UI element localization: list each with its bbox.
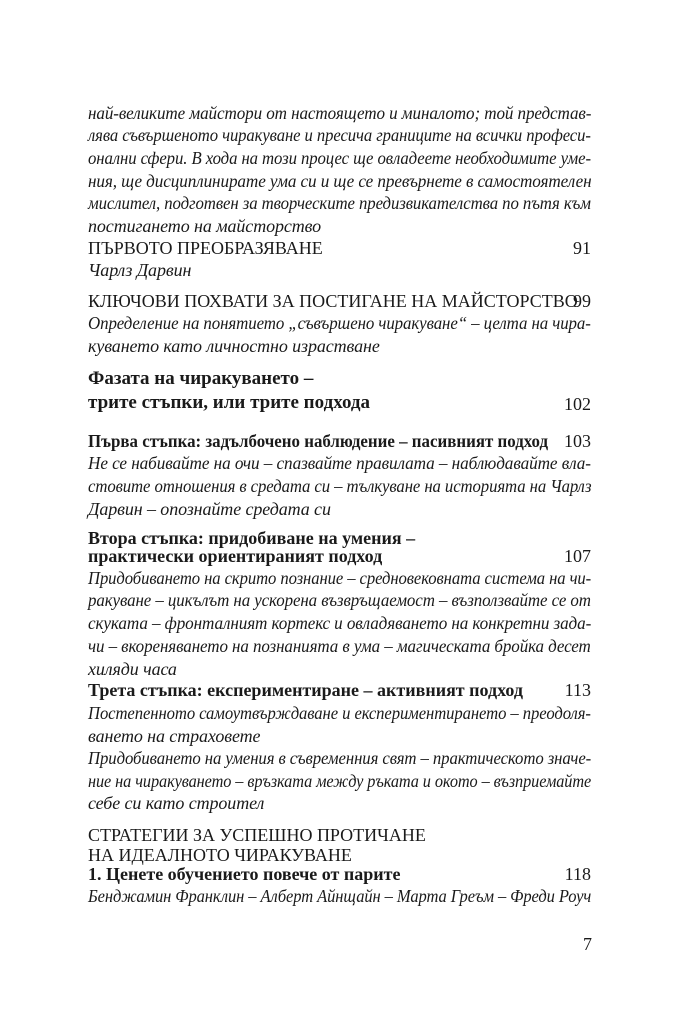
text-line: Придобиването на умения в съвременния св… <box>88 747 591 769</box>
toc-entry-title: КЛЮЧОВИ ПОХВАТИ ЗА ПОСТИГАНЕ НА МАЙСТОРС… <box>88 290 591 312</box>
toc-page-number: 113 <box>565 679 591 701</box>
text-line: най-великите майстори от настоящето и ми… <box>88 102 591 124</box>
toc-entry-title: трите стъпки, или трите подхода <box>88 392 591 414</box>
toc-page-number: 91 <box>573 237 591 259</box>
text-line: Дарвин – опознайте средата си <box>88 498 591 520</box>
text-line: чи – вкореняването на познанията в ума –… <box>88 635 591 657</box>
toc-entry-subtitle: Чарлз Дарвин <box>88 259 591 281</box>
toc-entry-title: практически ориентираният подход <box>88 545 591 567</box>
toc-page-number: 99 <box>573 290 591 312</box>
toc-entry-title: Трета стъпка: експериментиране – активни… <box>88 679 591 701</box>
text-line: ние на чиракуването – връзката между рък… <box>88 770 591 792</box>
toc-page-number: 107 <box>564 545 591 567</box>
text-line: Постепенното самоутвърждаване и експерим… <box>88 702 591 724</box>
text-line: себе си като строител <box>88 792 591 814</box>
book-page: най-великите майстори от настоящето и ми… <box>0 0 689 1024</box>
page-number: 7 <box>583 934 592 955</box>
text-line: Не се набивайте на очи – спазвайте прави… <box>88 452 591 474</box>
text-line: стовите отношения в средата си – тълкува… <box>88 475 591 497</box>
text-line: ракуване – цикълът на ускорена възвръщае… <box>88 589 591 611</box>
text-line: постигането на майсторство <box>88 215 591 237</box>
text-line: ването на страховете <box>88 725 591 747</box>
toc-page-number: 103 <box>564 430 591 452</box>
toc-entry-title: ПЪРВОТО ПРЕОБРАЗЯВАНЕ <box>88 237 591 259</box>
toc-section-title: СТРАТЕГИИ ЗА УСПЕШНО ПРОТИЧАНЕ <box>88 824 591 846</box>
text-line: хиляди часа <box>88 658 591 680</box>
text-line: скуката – фронталният кортекс и овладява… <box>88 612 591 634</box>
text-line: ния, ще дисциплинирате ума си и ще се пр… <box>88 170 591 192</box>
toc-page-number: 102 <box>564 393 591 415</box>
toc-entry-title: 1. Ценете обучението повече от парите <box>88 863 591 885</box>
text-line: Бенджамин Франклин – Алберт Айнщайн – Ма… <box>88 885 591 907</box>
text-line: мислител, подготвен за творческите преди… <box>88 192 591 214</box>
text-line: куването като личностно израстване <box>88 335 591 357</box>
toc-entry-title: Първа стъпка: задълбочено наблюдение – п… <box>88 430 548 452</box>
toc-page-number: 118 <box>565 863 591 885</box>
text-line: онални сфери. В хода на този процес ще о… <box>88 147 591 169</box>
text-line: лява съвършеното чиракуване и пресича гр… <box>88 124 591 146</box>
toc-entry-title: Фазата на чиракуването – <box>88 368 591 390</box>
text-line: Придобиването на скрито познание – средн… <box>88 567 591 589</box>
text-line: Определение на понятието „съвършено чира… <box>88 312 591 334</box>
